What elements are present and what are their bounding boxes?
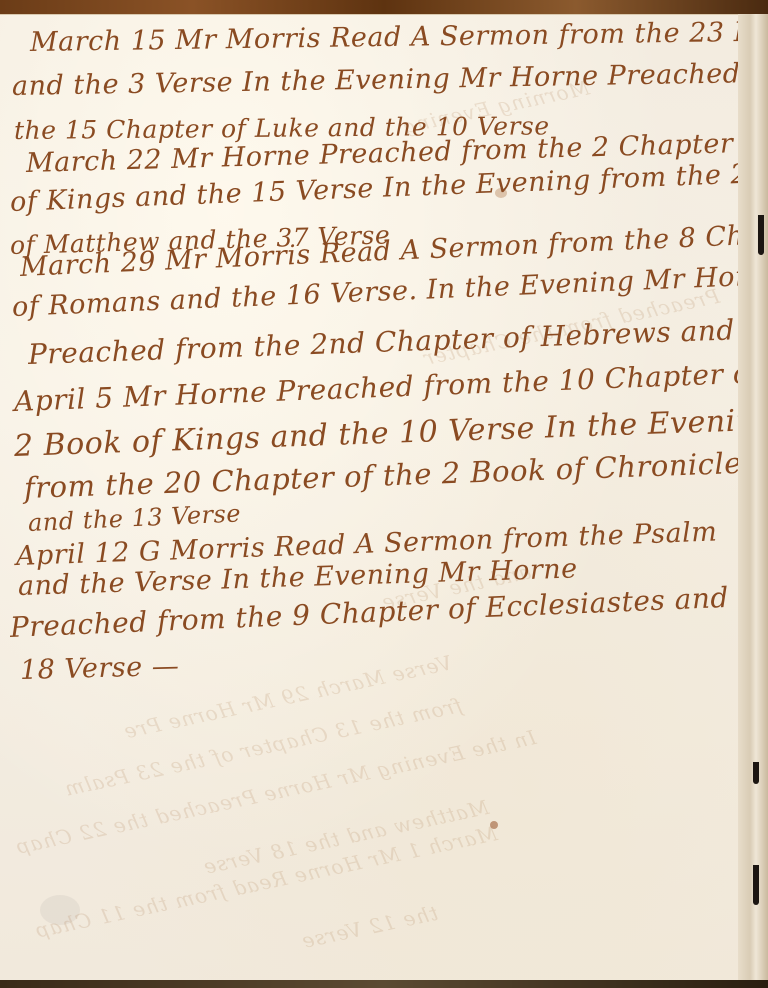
handwritten-line: and the 13 Verse (27, 499, 241, 537)
binding-pin (753, 865, 759, 905)
handwritten-line: 18 Verse — (20, 651, 180, 686)
paper-sheet: Verse March 29 Mr Horne Pre from the 13 … (0, 14, 752, 981)
book-binding-bottom (0, 980, 768, 988)
handwritten-line: March 15 Mr Morris Read A Sermon from th… (30, 16, 768, 58)
binding-pin (753, 762, 759, 784)
binding-pin (758, 215, 764, 255)
handwritten-line: and the 3 Verse In the Evening Mr Horne … (12, 57, 768, 102)
manuscript-page: Verse March 29 Mr Horne Pre from the 13 … (0, 0, 768, 988)
bleed-through-text: the 12 Verse (299, 901, 440, 953)
page-edge-stack (738, 14, 768, 980)
